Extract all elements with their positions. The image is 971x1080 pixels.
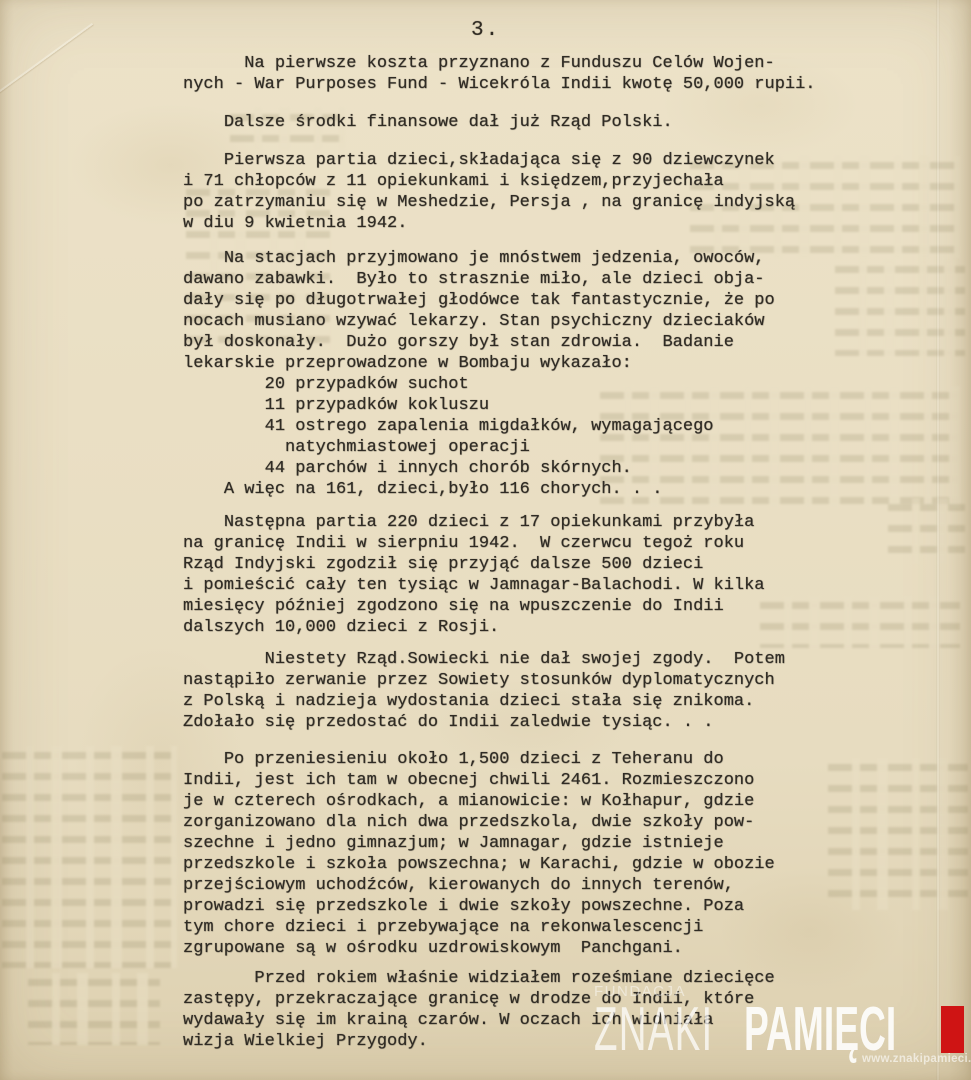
bleedthrough-texture (28, 973, 160, 1045)
typed-text-block: Na pierwsze koszta przyznano z Funduszu … (183, 53, 943, 1052)
typed-paragraph-1: Na pierwsze koszta przyznano z Funduszu … (183, 53, 943, 95)
typed-paragraph-4: Na stacjach przyjmowano je mnóstwem jedz… (183, 248, 943, 500)
typed-paragraph-3: Pierwsza partia dzieci,składająca się z … (183, 150, 943, 234)
bleedthrough-texture (2, 746, 177, 968)
typed-paragraph-6: Niestety Rząd.Sowiecki nie dał swojej zg… (183, 649, 943, 733)
typed-paragraph-8: Przed rokiem właśnie widziałem roześmian… (183, 968, 943, 1052)
scanned-document-page: 3. Na pierwsze koszta przyznano z Fundus… (0, 0, 971, 1080)
typed-paragraph-5: Następna partia 220 dzieci z 17 opiekunk… (183, 512, 943, 638)
typed-paragraph-7: Po przeniesieniu około 1,500 dzieci z Te… (183, 749, 943, 959)
watermark-url: www.znakipamieci.pl (862, 1053, 971, 1065)
typed-paragraph-2: Dalsze środki finansowe dał już Rząd Pol… (183, 112, 943, 133)
watermark-red-block (941, 1006, 964, 1053)
paper-crease-corner (0, 23, 93, 95)
page-number: 3. (471, 18, 500, 44)
